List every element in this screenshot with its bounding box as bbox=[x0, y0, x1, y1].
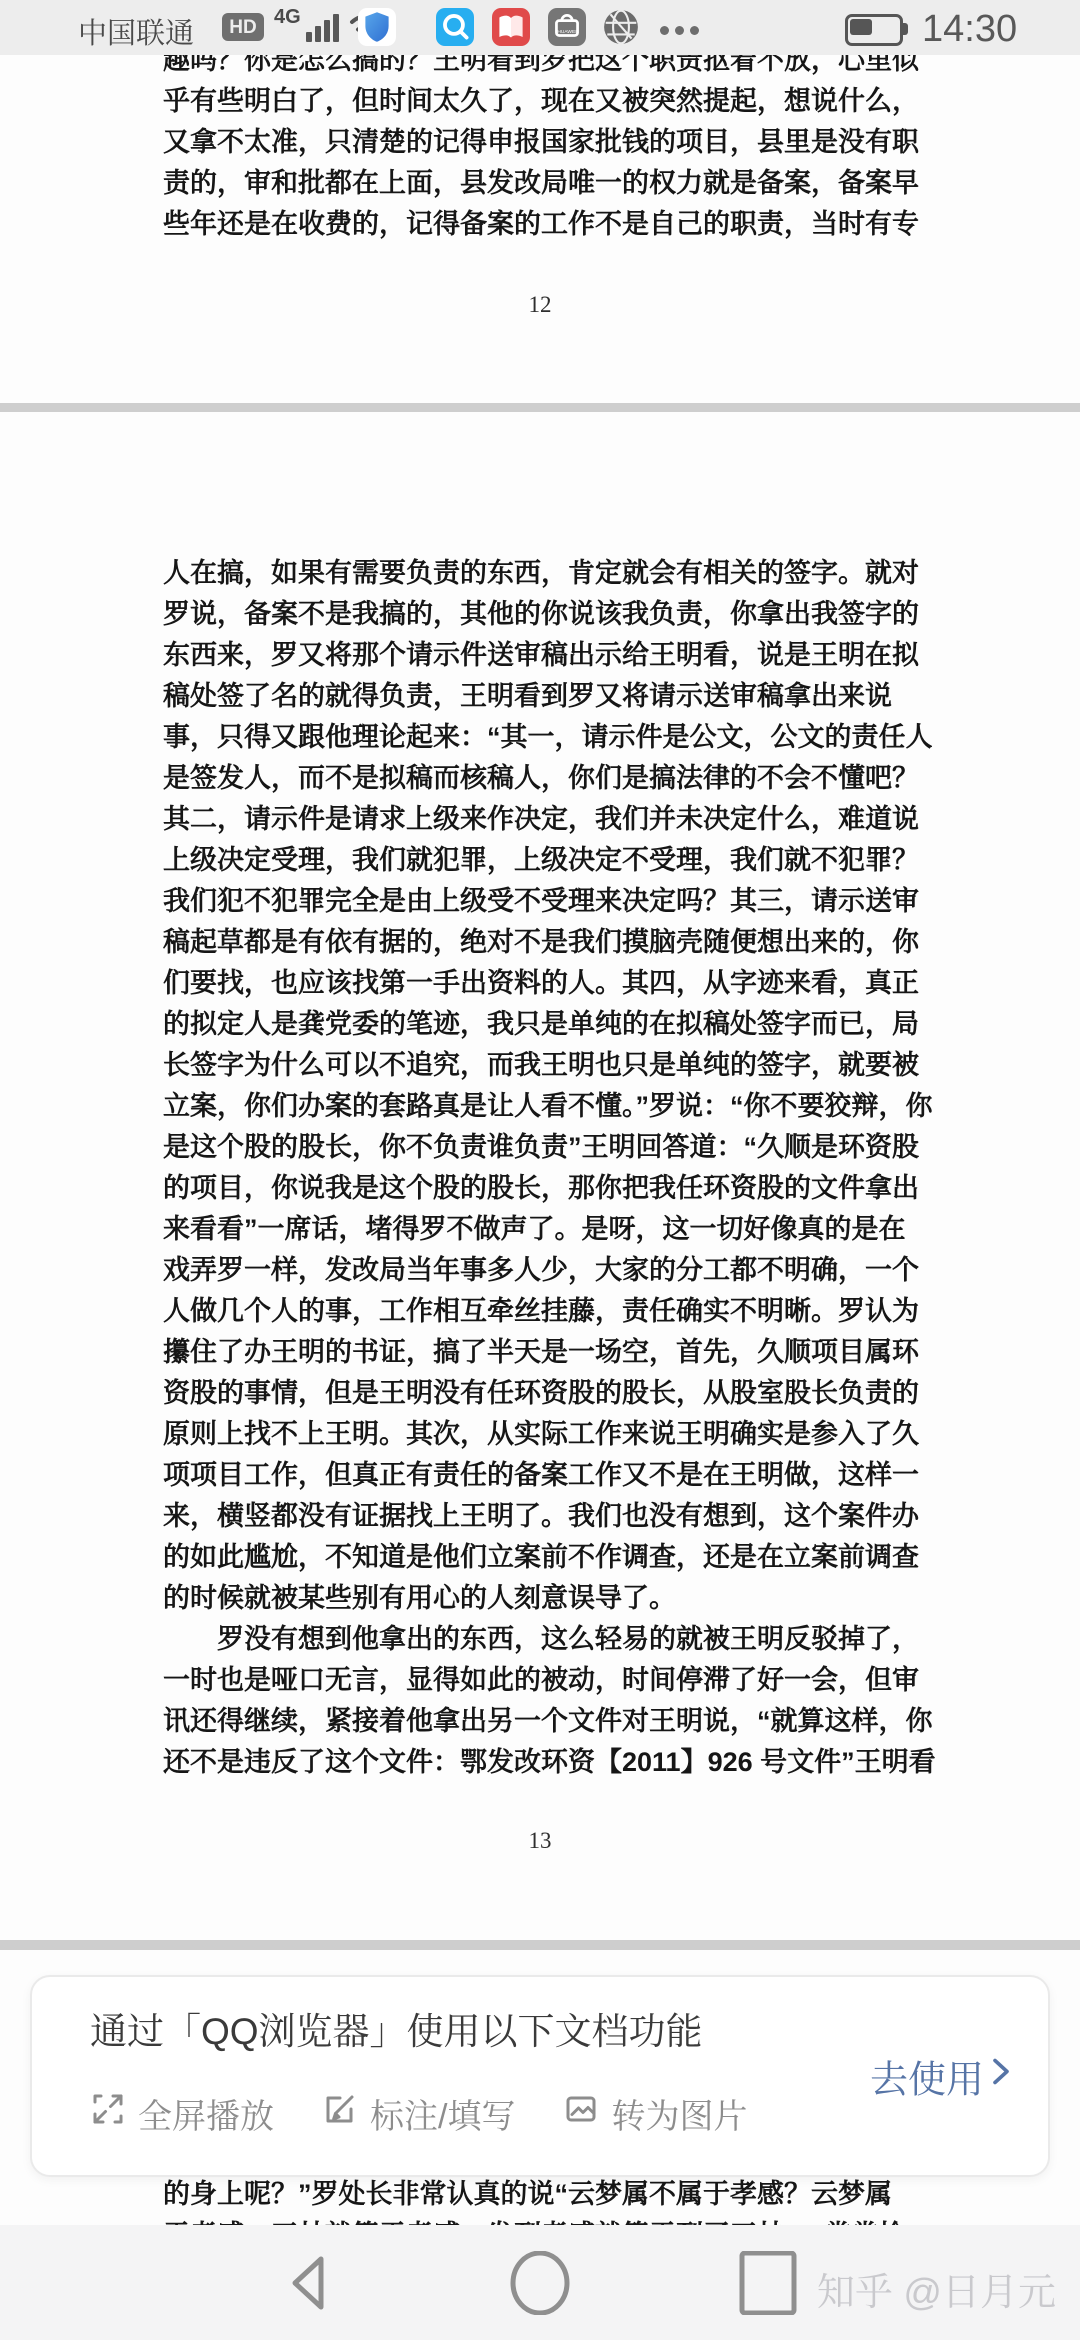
document-text-line: 是签发人，而不是拟稿而核稿人，你们是搞法律的不会不懂吧？ bbox=[163, 758, 933, 799]
huawei-appgallery-icon: HUAWEI bbox=[548, 8, 586, 46]
document-text-line: 资股的事情，但是王明没有任环资股的股长，从股室股长负责的 bbox=[163, 1373, 933, 1414]
document-text-line: 一时也是哑口无言，显得如此的被动，时间停滞了好一会，但审 bbox=[163, 1660, 933, 1701]
document-text-line: 项项目工作，但真正有责任的备案工作又不是在王明做，这样一 bbox=[163, 1455, 933, 1496]
document-text-line: 人在搞，如果有需要负责的东西，肯定就会有相关的签字。就对 bbox=[163, 553, 933, 594]
fullscreen-icon bbox=[90, 2091, 126, 2136]
document-text-line: 些年还是在收费的，记得备案的工作不是自己的职责，当时有专 bbox=[163, 204, 933, 245]
security-shield-app-icon bbox=[358, 8, 396, 46]
document-text-line: 来，横竖都没有证据找上王明了。我们也没有想到，这个案件办 bbox=[163, 1496, 933, 1537]
phone-screen: 中国联通 HD 4G bbox=[0, 0, 1080, 2340]
recents-button[interactable] bbox=[736, 2251, 800, 2315]
page-separator bbox=[0, 403, 1080, 412]
banner-feature-row: 全屏播放 标注/填写 转为图片 bbox=[90, 2089, 747, 2138]
network-type-label: 4G bbox=[274, 6, 301, 29]
notification-overflow-dots-icon bbox=[660, 22, 706, 40]
document-text-line: 立案，你们办案的套路真是让人看不懂。”罗说：“你不要狡辩，你 bbox=[163, 1086, 933, 1127]
feature-annotate-fill[interactable]: 标注/填写 bbox=[322, 2089, 515, 2138]
feature-label: 标注/填写 bbox=[370, 2089, 515, 2138]
status-bar: 中国联通 HD 4G bbox=[0, 0, 1080, 55]
zhihu-watermark: 知乎 @日月元 bbox=[817, 2261, 1056, 2316]
feature-label: 全屏播放 bbox=[138, 2089, 274, 2138]
battery-icon bbox=[845, 14, 903, 46]
qq-browser-doc-banner: 通过「QQ浏览器」使用以下文档功能 全屏播放 bbox=[30, 1975, 1050, 2177]
android-nav-bar: 知乎 @日月元 bbox=[0, 2225, 1080, 2340]
document-text-line: 罗没有想到他拿出的东西，这么轻易的就被王明反驳掉了， bbox=[163, 1619, 933, 1660]
image-icon bbox=[563, 2091, 599, 2136]
document-text-line: 的项目，你说我是这个股的股长，那你把我任环资股的文件拿出 bbox=[163, 1168, 933, 1209]
document-text-line: 责的，审和批都在上面，县发改局唯一的权力就是备案，备案早 bbox=[163, 163, 933, 204]
carrier-label: 中国联通 bbox=[78, 11, 194, 52]
go-use-button[interactable]: 去使用 bbox=[870, 2049, 1012, 2104]
document-text-line: 又拿不太准，只清楚的记得申报国家批钱的项目，县里是没有职 bbox=[163, 122, 933, 163]
document-text-line: 罗说，备案不是我搞的，其他的你说该我负责，你拿出我签字的 bbox=[163, 594, 933, 635]
document-text-line: 我们犯不犯罪完全是由上级受不受理来决定吗？其三，请示送审 bbox=[163, 881, 933, 922]
document-text-line: 的拟定人是龚党委的笔迹，我只是单纯的在拟稿处签字而已，局 bbox=[163, 1004, 933, 1045]
document-text-line: 的身上呢？”罗处长非常认真的说“云梦属不属于孝感？云梦属 bbox=[163, 2174, 933, 2215]
document-text-line: 来看看”一席话，堵得罗不做声了。是呀，这一切好像真的是在 bbox=[163, 1209, 933, 1250]
document-page-12-text[interactable]: 趣吗？你是怎么搞的？王明看到罗把这个职责抠着不放，心里似乎有些明白了，但时间太久… bbox=[163, 40, 933, 245]
page-number-13: 13 bbox=[0, 1828, 1080, 1854]
document-text-line: 攥住了办王明的书证，搞了半天是一场空，首先，久顺项目属环 bbox=[163, 1332, 933, 1373]
qq-browser-app-icon bbox=[436, 8, 474, 46]
page-separator bbox=[0, 1940, 1080, 1950]
document-text-line: 事，只得又跟他理论起来：“其一，请示件是公文，公文的责任人 bbox=[163, 717, 933, 758]
document-text-line: 东西来，罗又将那个请示件送审稿出示给王明看，说是王明在拟 bbox=[163, 635, 933, 676]
document-text-line: 稿处签了名的就得负责，王明看到罗又将请示送审稿拿出来说 bbox=[163, 676, 933, 717]
document-text-line: 们要找，也应该找第一手出资料的人。其四，从字迹来看，真正 bbox=[163, 963, 933, 1004]
browser-globe-icon bbox=[602, 8, 640, 46]
document-text-line: 长签字为什么可以不追究，而我王明也只是单纯的签字，就要被 bbox=[163, 1045, 933, 1086]
huawei-label: HUAWEI bbox=[557, 29, 576, 35]
go-use-label: 去使用 bbox=[870, 2049, 984, 2104]
document-text-line: 其二，请示件是请求上级来作决定，我们并未决定什么，难道说 bbox=[163, 799, 933, 840]
annotate-pencil-icon bbox=[322, 2091, 358, 2136]
document-text-line: 人做几个人的事，工作相互牵丝挂藤，责任确实不明晰。罗认为 bbox=[163, 1291, 933, 1332]
back-button[interactable] bbox=[280, 2251, 344, 2315]
document-text-line: 讯还得继续，紧接着他拿出另一个文件对王明说，“就算这样，你 bbox=[163, 1701, 933, 1742]
feature-fullscreen-play[interactable]: 全屏播放 bbox=[90, 2089, 274, 2138]
signal-bars-icon bbox=[306, 14, 340, 42]
document-text-line: 乎有些明白了，但时间太久了，现在又被突然提起，想说什么， bbox=[163, 81, 933, 122]
document-text-line: 还不是违反了这个文件：鄂发改环资【2011】926 号文件”王明看 bbox=[163, 1742, 933, 1783]
page-number-12: 12 bbox=[0, 292, 1080, 318]
chevron-right-icon bbox=[990, 2054, 1012, 2098]
document-text-line: 是这个股的股长，你不负责谁负责”王明回答道：“久顺是环资股 bbox=[163, 1127, 933, 1168]
document-text-line: 上级决定受理，我们就犯罪，上级决定不受理，我们就不犯罪？ bbox=[163, 840, 933, 881]
document-text-line: 稿起草都是有依有据的，绝对不是我们摸脑壳随便想出来的，你 bbox=[163, 922, 933, 963]
document-text-line: 原则上找不上王明。其次，从实际工作来说王明确实是参入了久 bbox=[163, 1414, 933, 1455]
document-text-line: 戏弄罗一样，发改局当年事多人少，大家的分工都不明确，一个 bbox=[163, 1250, 933, 1291]
feature-label: 转为图片 bbox=[611, 2089, 747, 2138]
hd-badge: HD bbox=[222, 13, 264, 41]
clock-label: 14:30 bbox=[922, 8, 1017, 51]
document-text-line: 的时候就被某些别有用心的人刻意误导了。 bbox=[163, 1578, 933, 1619]
document-page-13-text[interactable]: 人在搞，如果有需要负责的东西，肯定就会有相关的签字。就对罗说，备案不是我搞的，其… bbox=[163, 553, 933, 1783]
document-text-line: 的如此尴尬，不知道是他们立案前不作调查，还是在立案前调查 bbox=[163, 1537, 933, 1578]
feature-convert-to-image[interactable]: 转为图片 bbox=[563, 2089, 747, 2138]
home-button[interactable] bbox=[508, 2251, 572, 2315]
banner-title: 通过「QQ浏览器」使用以下文档功能 bbox=[90, 2001, 703, 2055]
red-book-app-icon bbox=[492, 8, 530, 46]
